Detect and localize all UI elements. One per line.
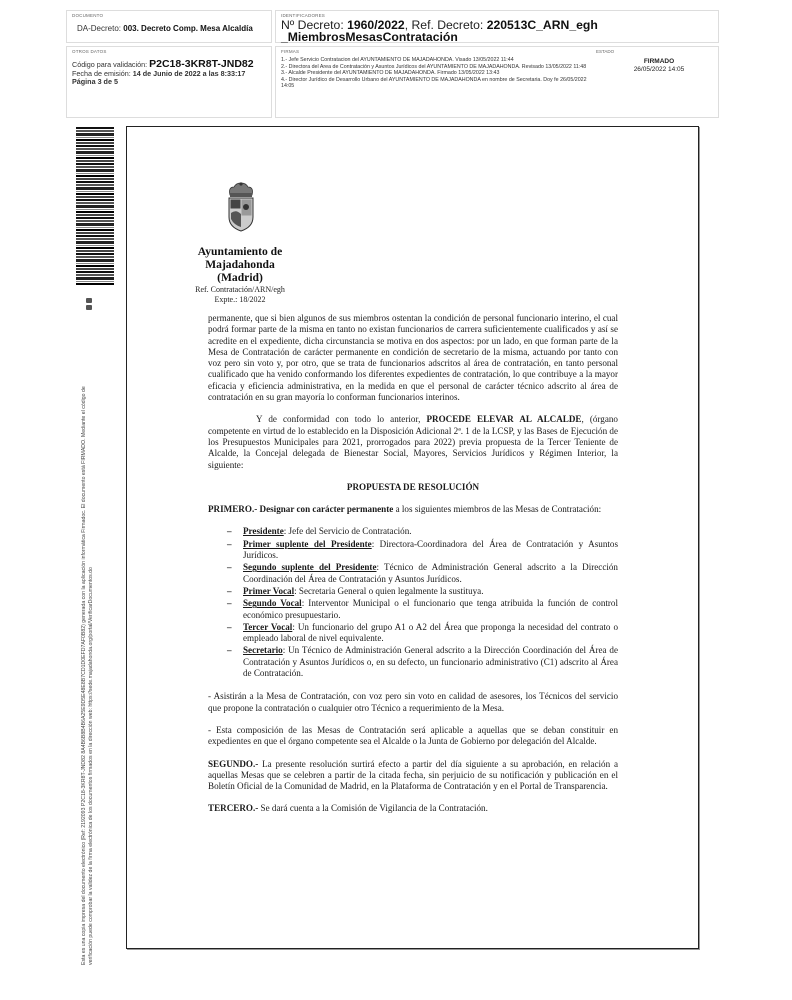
organization-name: Ayuntamiento de Majadahonda (Madrid) — [170, 245, 310, 284]
signature-item: 4.- Director Jurídico de Desarrollo Urba… — [281, 77, 601, 90]
issue-date: 14 de Junio de 2022 a las 8:33:17 — [133, 69, 246, 78]
resolution-second: SEGUNDO.- La presente resolución surtirá… — [208, 759, 618, 793]
coat-of-arms-icon — [224, 181, 258, 233]
status-label: ESTADO — [596, 49, 614, 54]
paragraph: - Asistirán a la Mesa de Contratación, c… — [208, 691, 618, 714]
barcode — [76, 127, 114, 285]
list-item: Presidente: Jefe del Servicio de Contrat… — [243, 526, 618, 537]
verification-side-text: Esta es una copia impresa del documento … — [81, 285, 95, 965]
list-item: Primer Vocal: Secretaria General o quien… — [243, 586, 618, 597]
other-data-box: OTROS DATOS Código para validación: P2C1… — [66, 46, 272, 118]
document-label: DOCUMENTO — [72, 13, 103, 18]
signatures-label: FIRMAS — [281, 49, 299, 54]
list-item: Primer suplente del Presidente: Director… — [243, 539, 618, 562]
identifiers-box: IDENTIFICADORES Nº Decreto: 1960/2022, R… — [275, 10, 719, 43]
list-item: Secretario: Un Técnico de Administración… — [243, 645, 618, 679]
paragraph: - Esta composición de las Mesas de Contr… — [208, 725, 618, 748]
page-indicator: Página 3 de 5 — [72, 77, 118, 86]
reference-block: Ref. Contratación/ARN/egh Expte.: 18/202… — [170, 285, 310, 305]
section-title: PROPUESTA DE RESOLUCIÓN — [208, 482, 618, 493]
document-body: permanente, que si bien algunos de sus m… — [208, 313, 618, 826]
document-info-box: DOCUMENTO DA-Decreto: 003. Decreto Comp.… — [66, 10, 272, 43]
signatures-box: FIRMAS 1.- Jefe Servicio Contratacion de… — [275, 46, 719, 118]
other-data-label: OTROS DATOS — [72, 49, 107, 54]
resolution-third: TERCERO.- Se dará cuenta a la Comisión d… — [208, 803, 618, 814]
members-list: Presidente: Jefe del Servicio de Contrat… — [208, 526, 618, 679]
document-type: DA-Decreto: 003. Decreto Comp. Mesa Alca… — [77, 24, 253, 33]
file-number: Expte.: 18/2022 — [170, 295, 310, 305]
document-name: 003. Decreto Comp. Mesa Alcaldía — [123, 24, 253, 33]
decree-identifiers: Nº Decreto: 1960/2022, Ref. Decreto: 220… — [281, 19, 598, 43]
paragraph: Y de conformidad con todo lo anterior, P… — [208, 414, 618, 470]
status-block: FIRMADO 26/05/2022 14:05 — [614, 58, 704, 73]
signatures-list: 1.- Jefe Servicio Contratacion del AYUNT… — [281, 57, 601, 90]
status-date: 26/05/2022 14:05 — [634, 66, 685, 73]
decree-ref-cont: _MiembrosMesasContratación — [281, 30, 458, 44]
list-item: Tercer Vocal: Un funcionario del grupo A… — [243, 622, 618, 645]
contract-reference: Ref. Contratación/ARN/egh — [170, 285, 310, 295]
decree-ref: 220513C_ARN_egh — [487, 18, 598, 32]
status-badge: FIRMADO — [614, 58, 704, 66]
resolution-first: PRIMERO.- Designar con carácter permanen… — [208, 504, 618, 515]
list-item: Segundo Vocal: Interventor Municipal o e… — [243, 598, 618, 621]
list-item: Segundo suplente del Presidente: Técnico… — [243, 562, 618, 585]
paragraph: permanente, que si bien algunos de sus m… — [208, 313, 618, 403]
